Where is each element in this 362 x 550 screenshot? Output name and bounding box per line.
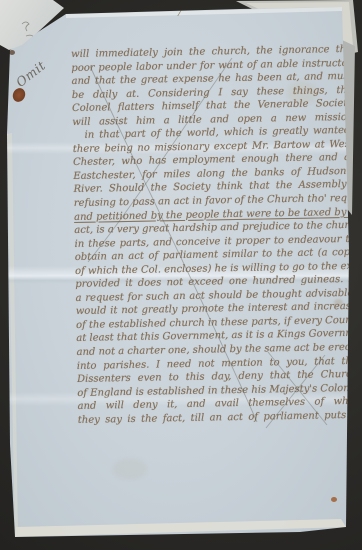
manuscript-page: 7 Omit will immediately join the church,… xyxy=(5,4,357,544)
foxing-spot xyxy=(331,497,337,502)
page-number: 7 xyxy=(176,8,182,19)
marginal-omit-note: Omit xyxy=(13,58,48,90)
wax-speck xyxy=(9,50,15,55)
paper-stain xyxy=(113,459,147,479)
photo-background: 7 Omit will immediately join the church,… xyxy=(0,0,362,550)
manuscript-text: will immediately join the church, the ig… xyxy=(71,43,359,427)
wax-spot xyxy=(11,86,28,104)
